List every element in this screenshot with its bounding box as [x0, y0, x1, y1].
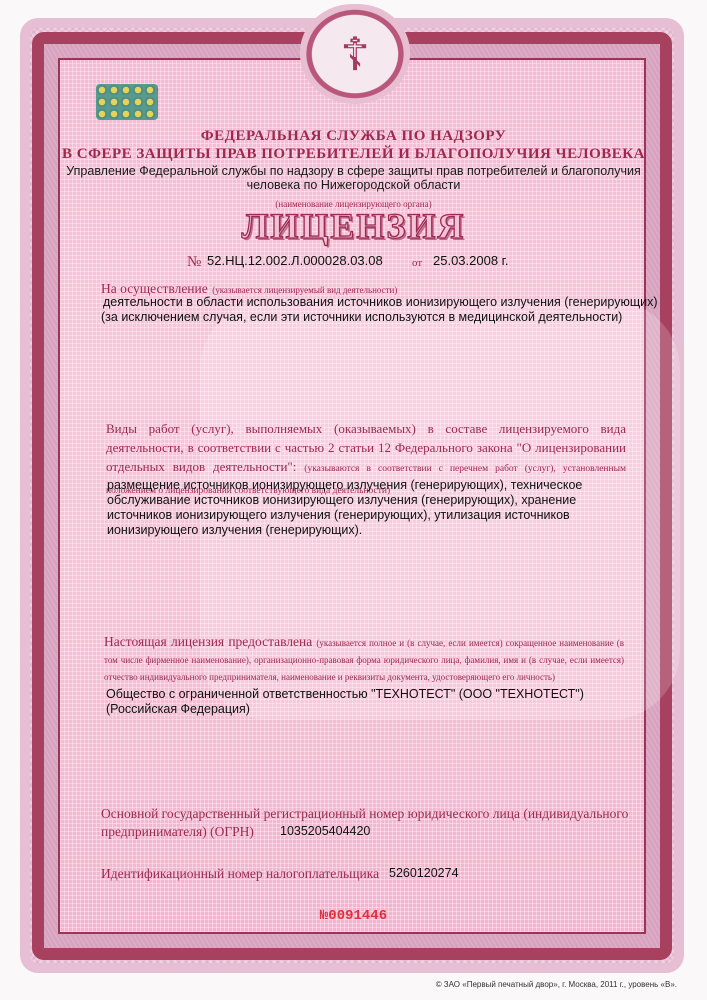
inn-value: 5260120274	[389, 866, 459, 880]
licensee-heading: Настоящая лицензия предоставлена (указыв…	[104, 634, 624, 685]
ogrn-label-line1: Основной государственный регистрационный…	[101, 806, 628, 822]
emblem-medallion: ☦	[300, 4, 410, 104]
licensee-value: Общество с ограниченной ответственностью…	[106, 687, 616, 717]
date-label: от	[412, 257, 422, 269]
hologram-icon	[96, 84, 158, 120]
ogrn-label-line2: предпринимателя) (ОГРН)	[101, 824, 254, 840]
agency-title-line2: В СФЕРЕ ЗАЩИТЫ ПРАВ ПОТРЕБИТЕЛЕЙ И БЛАГО…	[0, 146, 707, 163]
license-date: 25.03.2008 г.	[433, 253, 508, 268]
activity-value-line1: деятельности в области использования ист…	[103, 295, 658, 309]
issuing-authority-line2: человека по Нижегородской области	[0, 178, 707, 192]
printer-imprint: © ЗАО «Первый печатный двор», г. Москва,…	[436, 980, 677, 989]
activity-caption: (указывается лицензируемый вид деятельно…	[212, 285, 397, 295]
licensee-label: Настоящая лицензия предоставлена	[104, 634, 312, 649]
issuing-authority-line1: Управление Федеральной службы по надзору…	[0, 164, 707, 178]
agency-title-line1: ФЕДЕРАЛЬНАЯ СЛУЖБА ПО НАДЗОРУ	[0, 128, 707, 145]
coat-of-arms-icon: ☦	[340, 31, 370, 77]
works-value: размещение источников ионизирующего излу…	[107, 478, 627, 538]
number-label: №	[187, 254, 201, 271]
license-number: 52.НЦ.12.002.Л.000028.03.08	[207, 253, 383, 268]
inn-label: Идентификационный номер налогоплательщик…	[101, 866, 379, 882]
license-title: ЛИЦЕНЗИЯ	[0, 205, 707, 247]
blank-serial-number: №0091446	[0, 908, 707, 924]
activity-value-line2: (за исключением случая, если эти источни…	[101, 310, 622, 324]
activity-label: На осуществление	[101, 281, 208, 296]
ogrn-value: 1035205404420	[280, 824, 370, 838]
